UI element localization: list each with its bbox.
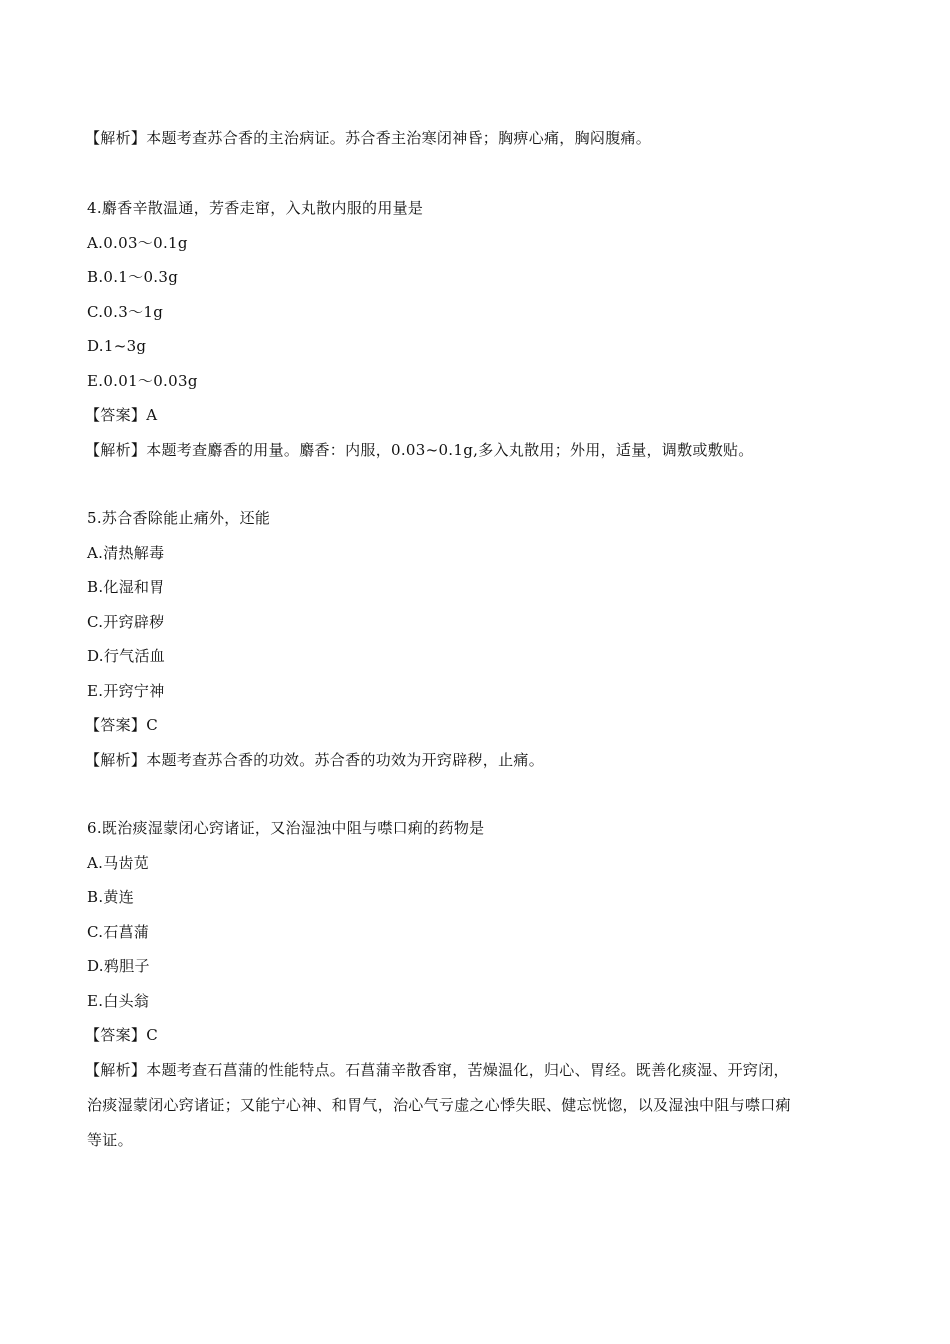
document-page: 【解析】本题考查苏合香的主治病证。苏合香主治寒闭神昏；胸痹心痛，胸闷腹痛。 4.… xyxy=(0,0,950,1344)
question-stem: 4.麝香辛散温通，芳香走窜，入丸散内服的用量是 xyxy=(87,198,423,218)
option-e: E.白头翁 xyxy=(87,991,149,1011)
option-c: C.开窍辟秽 xyxy=(87,612,165,632)
option-a: A.马齿苋 xyxy=(87,853,149,873)
answer-label: 【答案】C xyxy=(85,1025,158,1045)
answer-label: 【答案】A xyxy=(85,405,157,425)
option-b: B.0.1～0.3g xyxy=(87,267,178,287)
option-e: E.0.01～0.03g xyxy=(87,371,198,391)
option-d: D.鸦胆子 xyxy=(87,956,150,976)
option-a: A.清热解毒 xyxy=(87,543,164,563)
option-b: B.黄连 xyxy=(87,887,134,907)
analysis-text: 【解析】本题考查苏合香的功效。苏合香的功效为开窍辟秽，止痛。 xyxy=(85,750,544,770)
analysis-text-line-2: 治痰湿蒙闭心窍诸证；又能宁心神、和胃气，治心气亏虚之心悸失眠、健忘恍惚，以及湿浊… xyxy=(87,1095,791,1115)
option-a: A.0.03～0.1g xyxy=(87,233,188,253)
answer-label: 【答案】C xyxy=(85,715,158,735)
analysis-text: 【解析】本题考查麝香的用量。麝香：内服，0.03~0.1g,多入丸散用；外用，适… xyxy=(85,440,754,460)
analysis-text-line-3: 等证。 xyxy=(87,1130,133,1150)
analysis-text: 【解析】本题考查苏合香的主治病证。苏合香主治寒闭神昏；胸痹心痛，胸闷腹痛。 xyxy=(85,128,651,148)
option-b: B.化湿和胃 xyxy=(87,577,165,597)
question-stem: 6.既治痰湿蒙闭心窍诸证，又治湿浊中阻与噤口痢的药物是 xyxy=(87,818,484,838)
analysis-text-line-1: 【解析】本题考查石菖蒲的性能特点。石菖蒲辛散香窜，苦燥温化，归心、胃经。既善化痰… xyxy=(85,1060,789,1080)
option-d: D.1~3g xyxy=(87,336,146,356)
option-c: C.0.3～1g xyxy=(87,302,163,322)
option-c: C.石菖蒲 xyxy=(87,922,149,942)
option-e: E.开窍宁神 xyxy=(87,681,165,701)
question-stem: 5.苏合香除能止痛外，还能 xyxy=(87,508,270,528)
option-d: D.行气活血 xyxy=(87,646,165,666)
